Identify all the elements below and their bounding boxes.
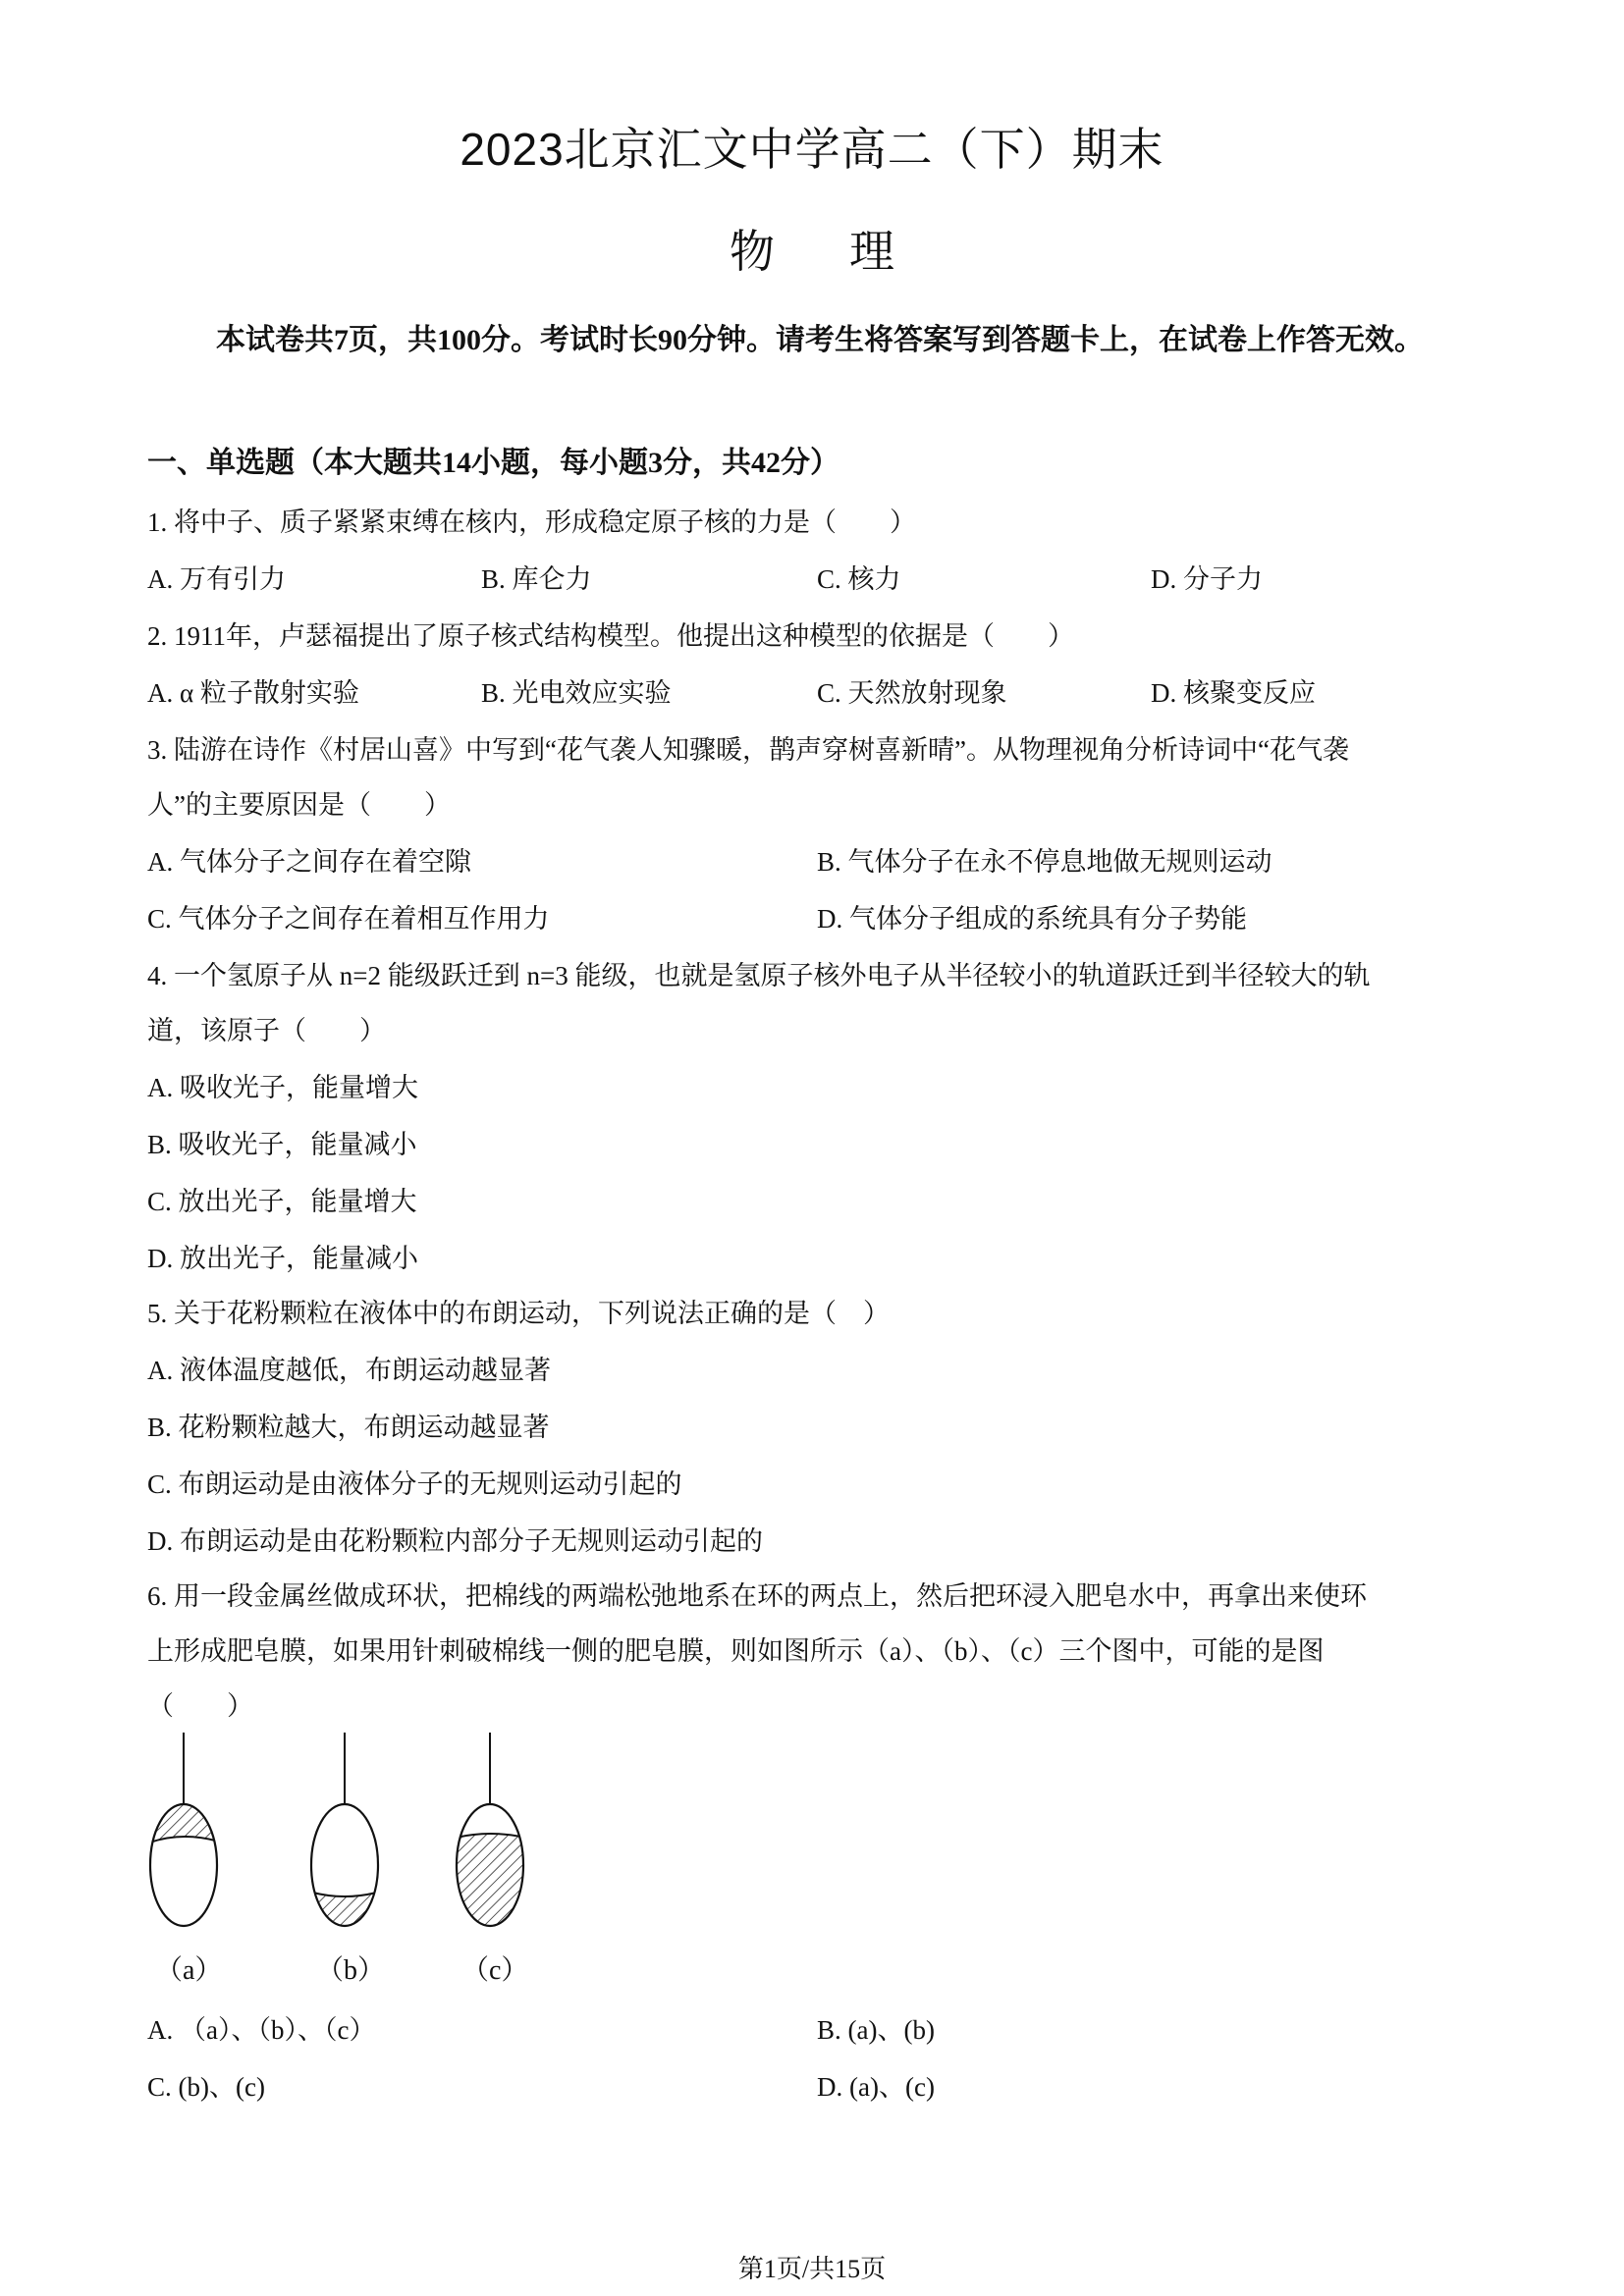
q3-option-b: B. 气体分子在永不停息地做无规则运动	[817, 844, 1272, 880]
figure-c-ring	[442, 1733, 540, 1944]
question-2-stem: 2. 1911年，卢瑟福提出了原子核式结构模型。他提出这种模型的依据是（ ）	[147, 618, 1492, 654]
subject-char-1: 物	[730, 222, 775, 281]
figure-label-c: （c）	[461, 1953, 528, 1989]
q6-option-b: B. (a)、(b)	[817, 2012, 935, 2048]
figure-label-b: （b）	[316, 1953, 385, 1989]
figure-label-a: （a）	[155, 1953, 222, 1989]
question-number: 5.	[147, 1299, 167, 1328]
question-number: 6.	[147, 1581, 167, 1611]
question-text: 将中子、质子紧紧束缚在核内，形成稳定原子核的力是（ ）	[174, 507, 916, 537]
question-text: 用一段金属丝做成环状，把棉线的两端松弛地系在环的两点上，然后把环浸入肥皂水中，再…	[174, 1581, 1367, 1611]
q1-option-c: C. 核力	[817, 561, 901, 597]
subject-char-2: 理	[849, 222, 894, 281]
q5-option-b: B. 花粉颗粒越大，布朗运动越显著	[147, 1410, 550, 1445]
q2-option-d: D. 核聚变反应	[1151, 675, 1316, 711]
q3-option-c: C. 气体分子之间存在着相互作用力	[147, 901, 550, 936]
q2-option-b: B. 光电效应实验	[481, 675, 672, 711]
q4-option-c: C. 放出光子，能量增大	[147, 1184, 417, 1219]
exam-title: 2023北京汇文中学高二（下）期末	[0, 120, 1624, 179]
q1-option-d: D. 分子力	[1151, 561, 1263, 597]
exam-page: 2023北京汇文中学高二（下）期末 物理 本试卷共7页，共100分。考试时长90…	[0, 0, 1624, 2296]
question-number: 2.	[147, 621, 167, 651]
question-number: 1.	[147, 507, 167, 537]
q2-option-c: C. 天然放射现象	[817, 675, 1007, 711]
q1-option-a: A. 万有引力	[147, 561, 286, 597]
q4-option-d: D. 放出光子，能量减小	[147, 1241, 418, 1276]
question-5-stem: 5. 关于花粉颗粒在液体中的布朗运动，下列说法正确的是（ ）	[147, 1296, 890, 1331]
question-4-stem-line-2: 道，该原子（ ）	[147, 1013, 386, 1048]
question-text: 关于花粉颗粒在液体中的布朗运动，下列说法正确的是（ ）	[174, 1299, 890, 1328]
q6-option-d: D. (a)、(c)	[817, 2069, 935, 2105]
question-text: 陆游在诗作《村居山喜》中写到“花气袭人知骤暖，鹊声穿树喜新晴”。从物理视角分析诗…	[174, 735, 1349, 765]
page-footer: 第1页/共15页	[0, 2254, 1624, 2285]
question-number: 3.	[147, 735, 167, 765]
question-6-stem-line-3: （ ）	[147, 1688, 253, 1724]
q1-option-b: B. 库仑力	[481, 561, 592, 597]
q6-option-a: A. （a）、（b）、（c）	[147, 2012, 375, 2048]
q4-option-a: A. 吸收光子，能量增大	[147, 1070, 418, 1105]
figure-b-ring	[295, 1733, 395, 1944]
question-1-stem: 1. 将中子、质子紧紧束缚在核内，形成稳定原子核的力是（ ）	[147, 505, 1492, 540]
q5-option-c: C. 布朗运动是由液体分子的无规则运动引起的	[147, 1467, 682, 1502]
q3-option-a: A. 气体分子之间存在着空隙	[147, 844, 471, 880]
question-6-stem-line-1: 6. 用一段金属丝做成环状，把棉线的两端松弛地系在环的两点上，然后把环浸入肥皂水…	[147, 1578, 1367, 1614]
question-number: 4.	[147, 961, 167, 990]
q3-option-d: D. 气体分子组成的系统具有分子势能	[817, 901, 1247, 936]
question-3-stem-line-1: 3. 陆游在诗作《村居山喜》中写到“花气袭人知骤暖，鹊声穿树喜新晴”。从物理视角…	[147, 732, 1349, 768]
q5-option-d: D. 布朗运动是由花粉颗粒内部分子无规则运动引起的	[147, 1523, 763, 1559]
q2-option-a: A. α 粒子散射实验	[147, 675, 359, 711]
figure-a-ring	[137, 1728, 236, 1926]
question-6-stem-line-2: 上形成肥皂膜，如果用针刺破棉线一侧的肥皂膜，则如图所示（a）、（b）、（c）三个…	[147, 1633, 1324, 1669]
question-text: 一个氢原子从 n=2 能级跃迁到 n=3 能级，也就是氢原子核外电子从半径较小的…	[174, 961, 1370, 990]
exam-notice: 本试卷共7页，共100分。考试时长90分钟。请考生将答案写到答题卡上，在试卷上作…	[147, 312, 1492, 368]
q6-option-c: C. (b)、(c)	[147, 2069, 265, 2105]
question-text: 1911年，卢瑟福提出了原子核式结构模型。他提出这种模型的依据是（ ）	[174, 621, 1074, 651]
question-4-stem-line-1: 4. 一个氢原子从 n=2 能级跃迁到 n=3 能级，也就是氢原子核外电子从半径…	[147, 958, 1370, 993]
section-heading: 一、单选题（本大题共14小题，每小题3分，共42分）	[147, 444, 839, 483]
question-3-stem-line-2: 人”的主要原因是（ ）	[147, 787, 451, 823]
q4-option-b: B. 吸收光子，能量减小	[147, 1127, 417, 1162]
q5-option-a: A. 液体温度越低，布朗运动越显著	[147, 1353, 551, 1388]
subject-title: 物理	[0, 222, 1624, 281]
